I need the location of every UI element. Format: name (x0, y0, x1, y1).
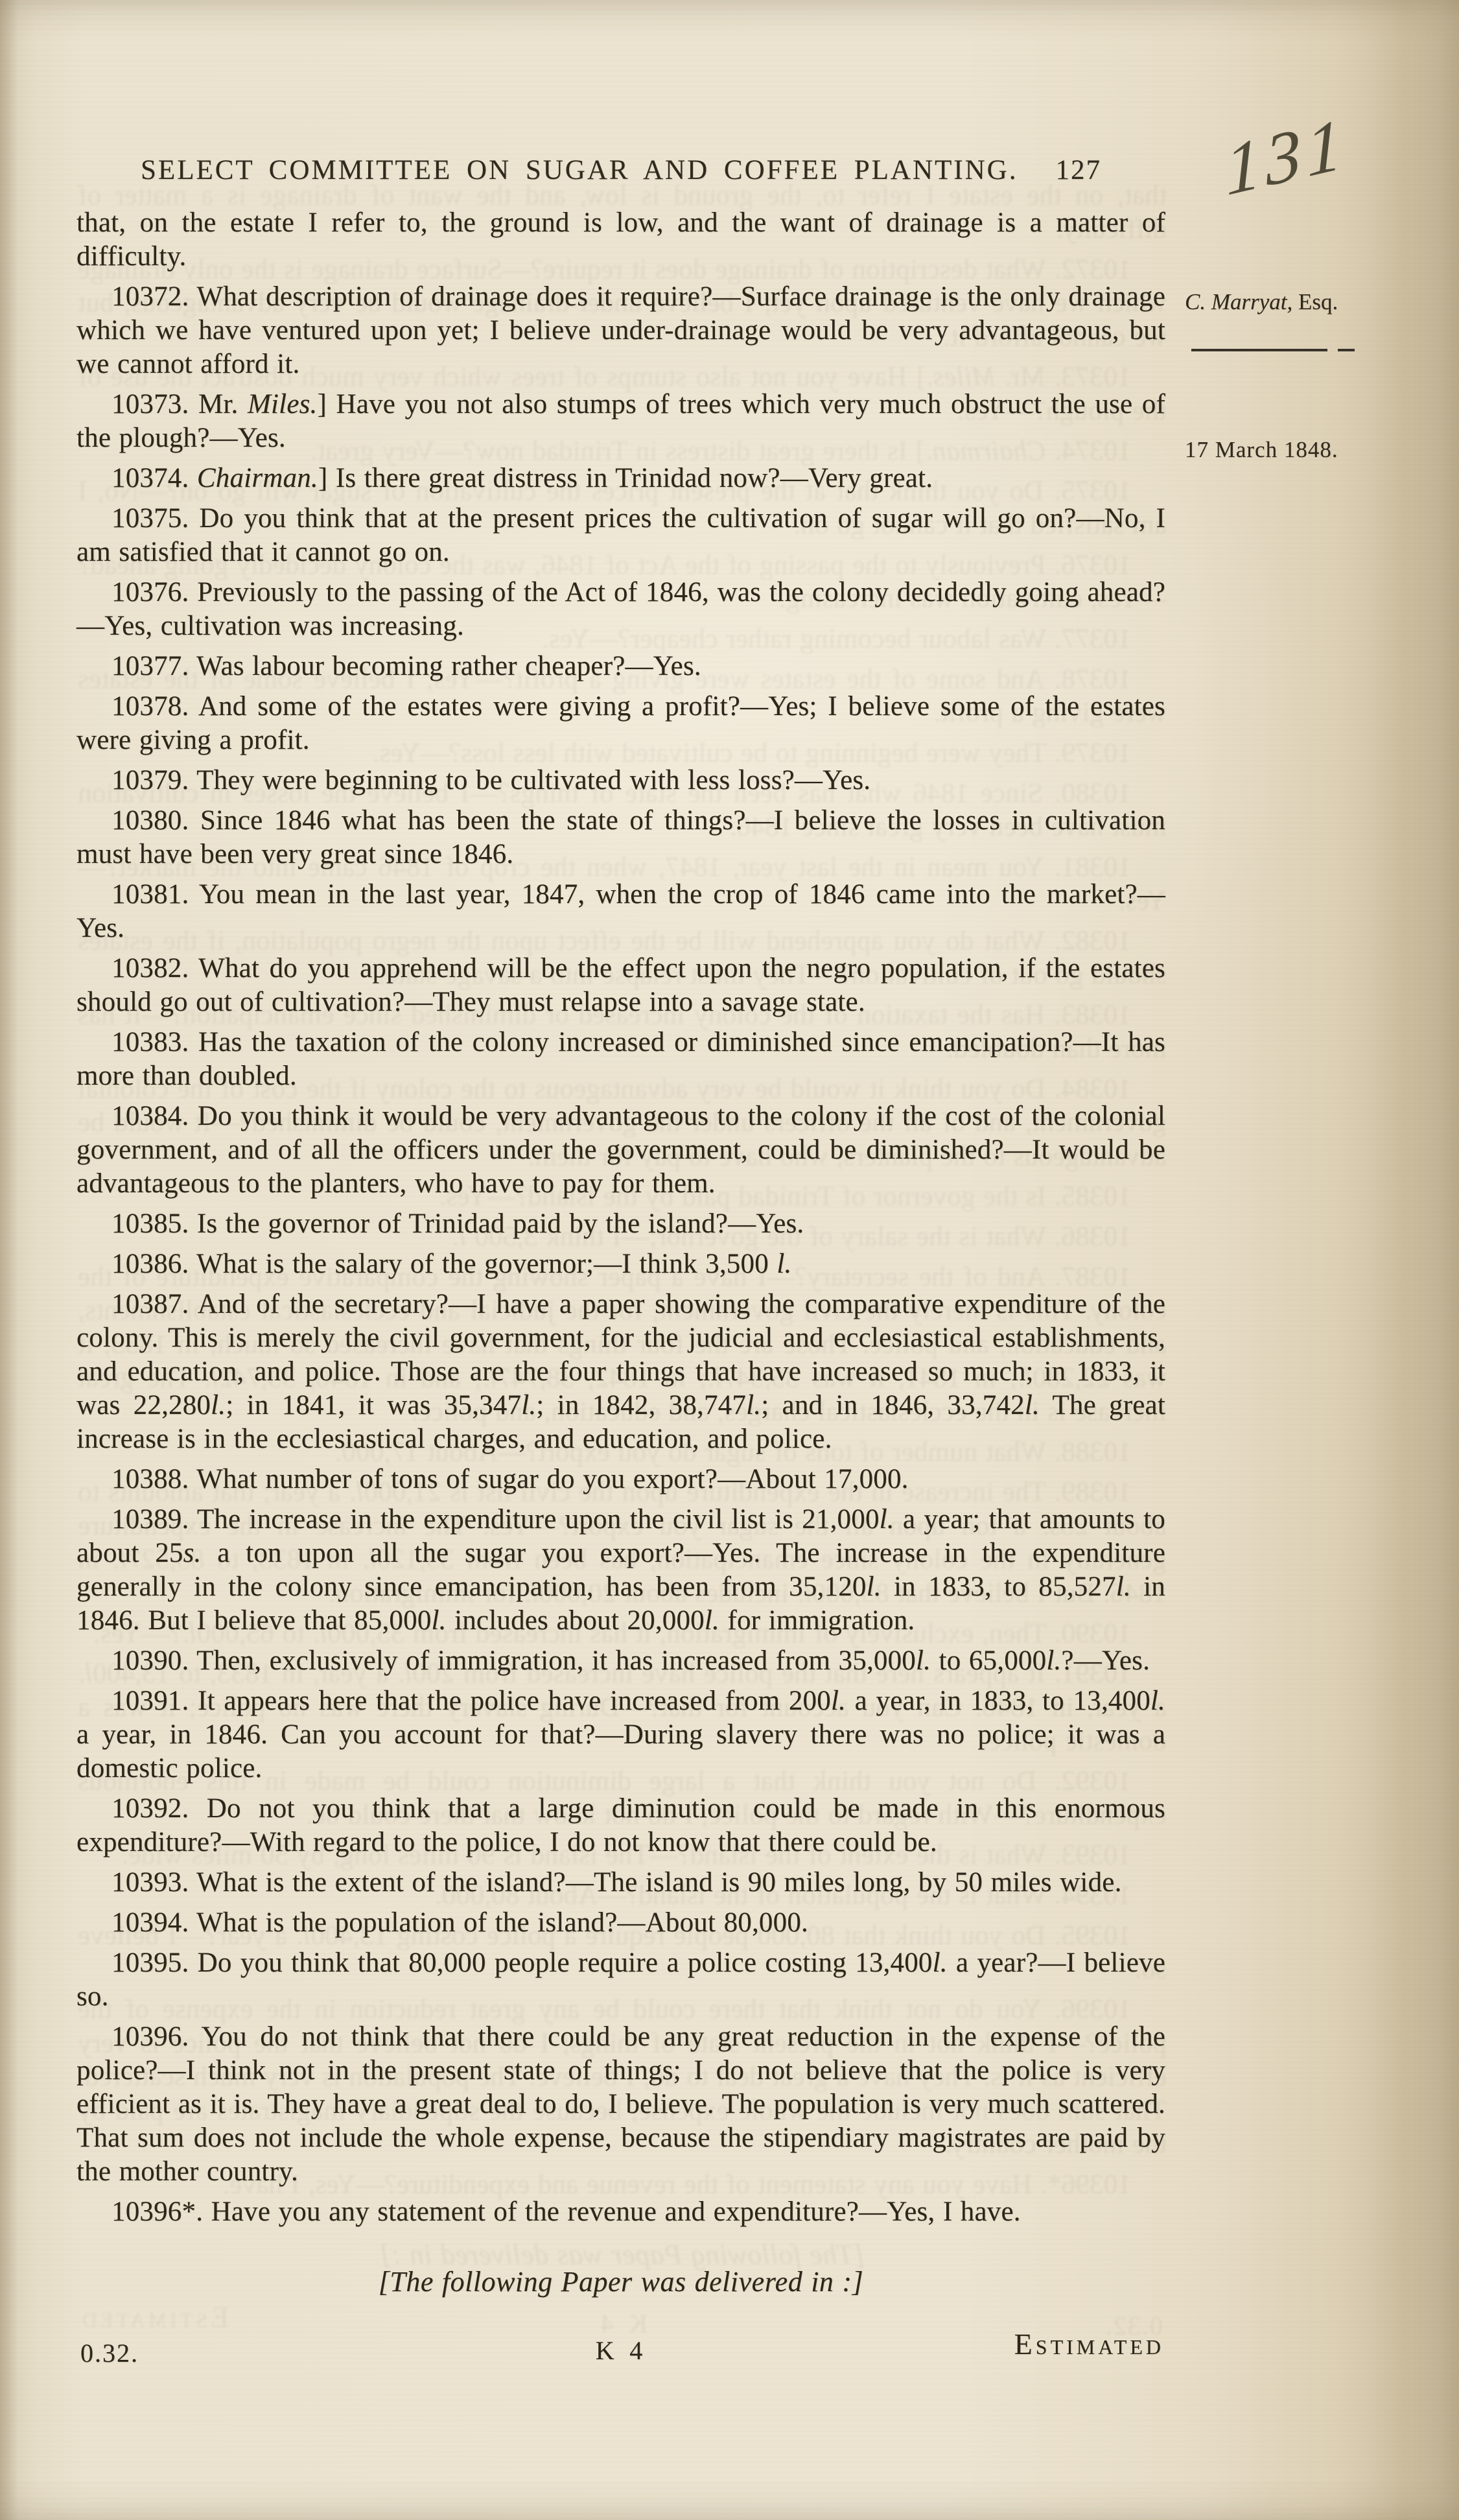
qa-text-run: 10374. (111, 463, 197, 493)
qa-text-run: in 1833, to 85,527 (881, 1572, 1116, 1602)
qa-text-run: l. (831, 1686, 846, 1716)
margin-rule (1191, 349, 1444, 351)
qa-text-run: 10379. They were beginning to be cultiva… (111, 765, 870, 795)
qa-text-run: 10373. Mr. (111, 389, 248, 419)
margin-notes: C. Marryat, Esq. 17 March 1848. (1185, 289, 1444, 463)
qa-paragraph: 10385. Is the governor of Trinidad paid … (76, 1207, 1165, 1241)
testimony-text-column: that, on the estate I refer to, the grou… (76, 206, 1165, 2366)
qa-text-run: l. (916, 1645, 931, 1676)
qa-text-run: l. (867, 1572, 881, 1602)
qa-paragraph: 10394. What is the population of the isl… (76, 1906, 1165, 1940)
qa-paragraph: 10383. Has the taxation of the colony in… (76, 1026, 1165, 1093)
qa-text-run: l. (1046, 1645, 1061, 1676)
qa-text-run: 10381. You mean in the last year, 1847, … (76, 879, 1165, 943)
qa-paragraphs: that, on the estate I refer to, the grou… (76, 206, 1165, 2229)
qa-text-run: 10372. What description of drainage does… (76, 281, 1165, 379)
gathering-signature: K 4 (596, 2334, 646, 2368)
qa-paragraph: 10395. Do you think that 80,000 people r… (76, 1946, 1165, 2014)
qa-paragraph: 10375. Do you think that at the present … (76, 502, 1165, 569)
qa-text-run: 10388. What number of tons of sugar do y… (111, 1464, 909, 1494)
qa-text-run: ] Is there great distress in Trinidad no… (318, 463, 933, 493)
scanned-report-page: { "page": { "handwritten_folio": "131", … (0, 0, 1459, 2520)
qa-paragraph: 10391. It appears here that the police h… (76, 1684, 1165, 1785)
qa-paragraph: 10387. And of the secretary?—I have a pa… (76, 1288, 1165, 1456)
qa-text-run: l. (705, 1605, 719, 1636)
qa-paragraph: 10384. Do you think it would be very adv… (76, 1100, 1165, 1201)
qa-text-run: 10376. Previously to the passing of the … (76, 577, 1165, 641)
qa-text-run: 10396. You do not think that there could… (76, 2021, 1165, 2187)
qa-paragraph: 10381. You mean in the last year, 1847, … (76, 878, 1165, 945)
qa-paragraph: 10372. What description of drainage does… (76, 280, 1165, 381)
qa-text-run: 10391. It appears here that the police h… (111, 1686, 831, 1716)
catchword: Estimated (1014, 2327, 1164, 2361)
qa-text-run: 10396*. Have you any statement of the re… (111, 2196, 1021, 2227)
sitting-date: 17 March 1848. (1185, 437, 1444, 463)
qa-text-run: Chairman. (197, 463, 318, 493)
page-title: SELECT COMMITTEE ON SUGAR AND COFFEE PLA… (141, 155, 1018, 185)
qa-paragraph: 10386. What is the salary of the governo… (76, 1247, 1165, 1281)
qa-text-run: 10375. Do you think that at the present … (76, 503, 1165, 567)
qa-text-run: l. (1116, 1572, 1131, 1602)
qa-text-run: l. (933, 1948, 948, 1978)
qa-text-run: to 65,000 (931, 1645, 1046, 1676)
running-head: SELECT COMMITTEE ON SUGAR AND COFFEE PLA… (76, 154, 1165, 186)
page-footer: 0.32. K 4 Estimated (76, 2327, 1165, 2366)
qa-text-run: l. (776, 1249, 791, 1279)
qa-text-run: l. (521, 1390, 536, 1420)
qa-text-run: 10395. Do you think that 80,000 people r… (111, 1948, 933, 1978)
witness-suffix: Esq. (1292, 289, 1338, 314)
qa-paragraph: 10393. What is the extent of the island?… (76, 1866, 1165, 1900)
qa-text-run: l. (1025, 1390, 1040, 1420)
qa-paragraph: that, on the estate I refer to, the grou… (76, 206, 1165, 274)
qa-text-run: includes about 20,000 (447, 1605, 705, 1636)
qa-paragraph: 10379. They were beginning to be cultiva… (76, 764, 1165, 797)
qa-text-run: 10383. Has the taxation of the colony in… (76, 1027, 1165, 1091)
qa-text-run: 10392. Do not you think that a large dim… (76, 1793, 1165, 1857)
qa-text-run: 10390. Then, exclusively of immigration,… (111, 1645, 916, 1676)
paper-delivered-note: [The following Paper was delivered in :] (76, 2265, 1165, 2299)
qa-text-run: 10382. What do you apprehend will be the… (76, 953, 1165, 1017)
qa-paragraph: 10392. Do not you think that a large dim… (76, 1792, 1165, 1859)
qa-text-run: for immigration. (719, 1605, 915, 1636)
qa-text-run: ; in 1841, it was 35,347 (226, 1390, 521, 1420)
qa-paragraph: 10377. Was labour becoming rather cheape… (76, 650, 1165, 683)
qa-text-run: l. (432, 1605, 447, 1636)
printer-mark: 0.32. (80, 2337, 139, 2370)
handwritten-folio: 131 (1223, 100, 1349, 213)
qa-text-run: Miles. (248, 389, 317, 419)
qa-text-run: s. (183, 1538, 202, 1568)
qa-text-run: 10389. The increase in the expenditure u… (111, 1504, 880, 1535)
qa-text-run: ; and in 1846, 33,742 (761, 1390, 1025, 1420)
qa-text-run: 10394. What is the population of the isl… (111, 1907, 808, 1938)
qa-paragraph: 10388. What number of tons of sugar do y… (76, 1463, 1165, 1496)
witness-name-italic: C. Marryat, (1185, 289, 1292, 314)
rule-bar (1191, 349, 1327, 351)
qa-text-run: 10377. Was labour becoming rather cheape… (111, 651, 701, 681)
qa-text-run: a year, in 1833, to 13,400 (846, 1686, 1150, 1716)
qa-text-run: 10384. Do you think it would be very adv… (76, 1101, 1165, 1199)
rule-tick (1338, 349, 1355, 351)
qa-paragraph: 10390. Then, exclusively of immigration,… (76, 1644, 1165, 1678)
qa-paragraph: 10376. Previously to the passing of the … (76, 576, 1165, 643)
qa-text-run: 10380. Since 1846 what has been the stat… (76, 805, 1165, 869)
qa-paragraph: 10382. What do you apprehend will be the… (76, 952, 1165, 1019)
qa-paragraph: 10378. And some of the estates were givi… (76, 690, 1165, 757)
qa-text-run: 10386. What is the salary of the governo… (111, 1249, 776, 1279)
qa-paragraph: 10389. The increase in the expenditure u… (76, 1503, 1165, 1638)
qa-text-run: 10393. What is the extent of the island?… (111, 1867, 1122, 1898)
qa-text-run: l. (880, 1504, 894, 1535)
qa-paragraph: 10373. Mr. Miles.] Have you not also stu… (76, 388, 1165, 455)
qa-paragraph: 10396. You do not think that there could… (76, 2020, 1165, 2189)
qa-text-run: a year, in 1846. Can you account for tha… (76, 1719, 1165, 1784)
qa-text-run: l. (211, 1390, 226, 1420)
qa-text-run: ?—Yes. (1061, 1645, 1150, 1676)
qa-text-run: 10378. And some of the estates were givi… (76, 691, 1165, 755)
witness-name: C. Marryat, Esq. (1185, 289, 1444, 315)
qa-text-run: that, on the estate I refer to, the grou… (76, 207, 1165, 272)
qa-text-run: ; in 1842, 38,747 (536, 1390, 746, 1420)
qa-paragraph: 10380. Since 1846 what has been the stat… (76, 804, 1165, 871)
qa-paragraph: 10374. Chairman.] Is there great distres… (76, 462, 1165, 495)
book-page: that, on the estate I refer to, the grou… (0, 0, 1459, 2520)
printed-folio: 127 (1055, 155, 1101, 185)
qa-text-run: l. (746, 1390, 761, 1420)
qa-paragraph: 10396*. Have you any statement of the re… (76, 2195, 1165, 2229)
qa-text-run: l. (1150, 1686, 1165, 1716)
qa-text-run: 10385. Is the governor of Trinidad paid … (111, 1208, 804, 1239)
